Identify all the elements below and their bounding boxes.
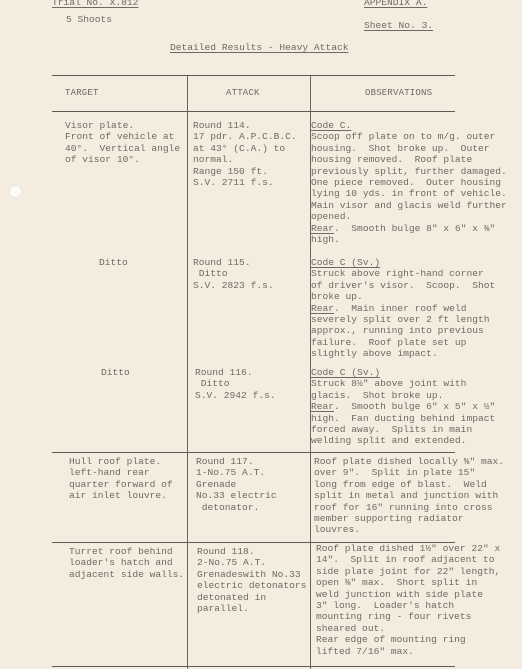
target-cell: Hull roof plate. left-hand rear quarter …	[69, 456, 173, 502]
page-title: Detailed Results - Heavy Attack	[170, 42, 348, 53]
attack-cell: Round 118. 2-No.75 A.T. Grenadeswith No.…	[197, 546, 306, 614]
appendix-label: APPENDIX A.	[364, 0, 427, 8]
attack-cell: Round 114. 17 pdr. A.P.C.B.C. at 43° (C.…	[193, 120, 297, 188]
attack-cell: Round 116. Ditto S.V. 2942 f.s.	[195, 367, 276, 401]
target-cell: Turret roof behind loader's hatch and ad…	[69, 546, 184, 580]
rear-label: Rear	[311, 401, 334, 412]
column-header-target: TARGET	[65, 88, 99, 99]
row-divider	[52, 452, 455, 453]
table-top-rule	[52, 75, 455, 76]
code-label: Code C (Sv.)	[311, 367, 380, 378]
rear-label: Rear	[311, 223, 334, 234]
observations-cell: Roof plate dished 1½" over 22" x 14". Sp…	[316, 543, 500, 657]
attack-cell: Round 115. Ditto S.V. 2823 f.s.	[193, 257, 274, 291]
column-divider	[187, 76, 188, 669]
observations-text: Struck above right-hand corner of driver…	[311, 268, 495, 302]
header-bottom-rule	[52, 111, 455, 112]
target-cell: Ditto	[99, 257, 128, 268]
target-cell: Ditto	[101, 367, 130, 378]
sheet-number: Sheet No. 3.	[364, 20, 433, 31]
rear-label: Rear	[311, 303, 334, 314]
observations-text: Struck 8½" above joint with glacis. Shot…	[311, 378, 466, 400]
code-label: Code C.	[311, 120, 351, 131]
trial-number: Trial No. X.812	[52, 0, 138, 8]
rear-text: . Main inner roof weld severely split ov…	[311, 303, 489, 360]
observations-cell: Code C (Sv.) Struck above right-hand cor…	[311, 257, 495, 360]
column-header-attack: ATTACK	[226, 88, 260, 99]
rear-text: . Smooth bulge 8" x 6" x ⅜" high.	[311, 223, 495, 245]
attack-cell: Round 117. 1-No.75 A.T. Grenade No.33 el…	[196, 456, 277, 513]
observations-cell: Roof plate dished locally ⅝" max. over 9…	[314, 456, 504, 536]
observations-cell: Code C. Scoop off plate on to m/g. outer…	[311, 120, 507, 245]
shoots-count: 5 Shoots	[66, 14, 112, 25]
column-header-observations: OBSERVATIONS	[365, 88, 432, 99]
code-label: Code C (Sv.)	[311, 257, 380, 268]
observations-cell: Code C (Sv.) Struck 8½" above joint with…	[311, 367, 495, 447]
target-cell: Visor plate. Front of vehicle at 40°. Ve…	[65, 120, 180, 166]
table-bottom-rule	[52, 666, 455, 667]
rear-text: . Smooth bulge 6" x 5" x ½" high. Fan du…	[311, 401, 495, 446]
observations-text: Scoop off plate on to m/g. outer housing…	[311, 131, 507, 222]
punch-hole	[10, 186, 21, 197]
